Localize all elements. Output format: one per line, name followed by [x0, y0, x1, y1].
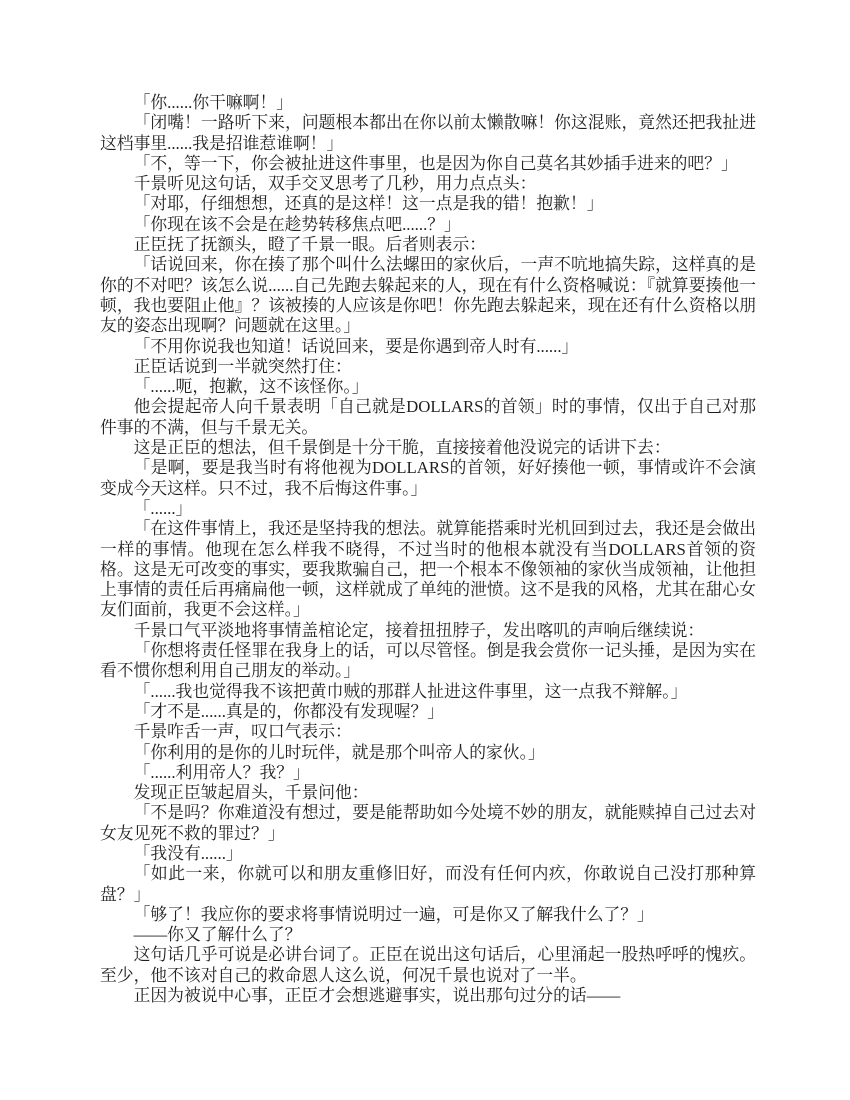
paragraph: 这是正臣的想法，但千景倒是十分干脆，直接接着他没说完的话讲下去： [100, 438, 756, 458]
paragraph: 千景咋舌一声，叹口气表示： [100, 722, 756, 742]
paragraph: 「你......你干嘛啊！」 [100, 93, 756, 113]
paragraph: 「够了！我应你的要求将事情说明过一遍，可是你又了解我什么了？」 [100, 905, 756, 925]
paragraph: ——你又了解什么了？ [100, 925, 756, 945]
paragraph: 「你利用的是你的儿时玩伴，就是那个叫帝人的家伙。」 [100, 743, 756, 763]
paragraph: 「你现在该不会是在趁势转移焦点吧......？」 [100, 215, 756, 235]
paragraph: 千景口气平淡地将事情盖棺论定，接着扭扭脖子，发出喀叽的声响后继续说： [100, 621, 756, 641]
paragraph: 「是啊，要是我当时有将他视为DOLLARS的首领，好好揍他一顿，事情或许不会演变… [100, 458, 756, 499]
paragraph: 「不用你说我也知道！话说回来，要是你遇到帝人时有......」 [100, 337, 756, 357]
paragraph: 「闭嘴！一路听下来，问题根本都出在你以前太懒散嘛！你这混账，竟然还把我扯进这档事… [100, 113, 756, 154]
paragraph: 「......我也觉得我不该把黄巾贼的那群人扯进这件事里，这一点我不辩解。」 [100, 682, 756, 702]
paragraph: 「在这件事情上，我还是坚持我的想法。就算能搭乘时光机回到过去，我还是会做出一样的… [100, 519, 756, 620]
paragraph: 「不是吗？你难道没有想过，要是能帮助如今处境不妙的朋友，就能赎掉自己过去对女友见… [100, 803, 756, 844]
paragraph: 正因为被说中心事，正臣才会想逃避事实，说出那句过分的话—— [100, 986, 756, 1006]
paragraph: 「不，等一下，你会被扯进这件事里，也是因为你自己莫名其妙插手进来的吧？」 [100, 154, 756, 174]
paragraph: 他会提起帝人向千景表明「自己就是DOLLARS的首领」时的事情，仅出于自己对那件… [100, 397, 756, 438]
paragraph: 「......呃，抱歉，这不该怪你。」 [100, 377, 756, 397]
paragraph: 千景听见这句话，双手交叉思考了几秒，用力点点头： [100, 174, 756, 194]
paragraph: 「我没有......」 [100, 844, 756, 864]
paragraph: 「才不是......真是的，你都没有发现喔？」 [100, 702, 756, 722]
paragraph: 这句话几乎可说是必讲台词了。正臣在说出这句话后，心里涌起一股热呼呼的愧疚。至少，… [100, 945, 756, 986]
paragraph: 「......利用帝人？我？」 [100, 763, 756, 783]
paragraph: 「对耶，仔细想想，还真的是这样！这一点是我的错！抱歉！」 [100, 194, 756, 214]
document-page: 「你......你干嘛啊！」「闭嘴！一路听下来，问题根本都出在你以前太懒散嘛！你… [0, 0, 850, 1100]
paragraph: 「话说回来，你在揍了那个叫什么法螺田的家伙后，一声不吭地搞失踪，这样真的是你的不… [100, 255, 756, 336]
paragraph: 发现正臣皱起眉头，千景问他： [100, 783, 756, 803]
paragraph: 「......」 [100, 499, 756, 519]
novel-text-body: 「你......你干嘛啊！」「闭嘴！一路听下来，问题根本都出在你以前太懒散嘛！你… [100, 93, 756, 1006]
paragraph: 正臣抚了抚额头，瞪了千景一眼。后者则表示： [100, 235, 756, 255]
paragraph: 正臣话说到一半就突然打住： [100, 357, 756, 377]
paragraph: 「如此一来，你就可以和朋友重修旧好，而没有任何内疚，你敢说自己没打那种算盘？」 [100, 864, 756, 905]
paragraph: 「你想将责任怪罪在我身上的话，可以尽管怪。倒是我会赏你一记头捶，是因为实在看不惯… [100, 641, 756, 682]
